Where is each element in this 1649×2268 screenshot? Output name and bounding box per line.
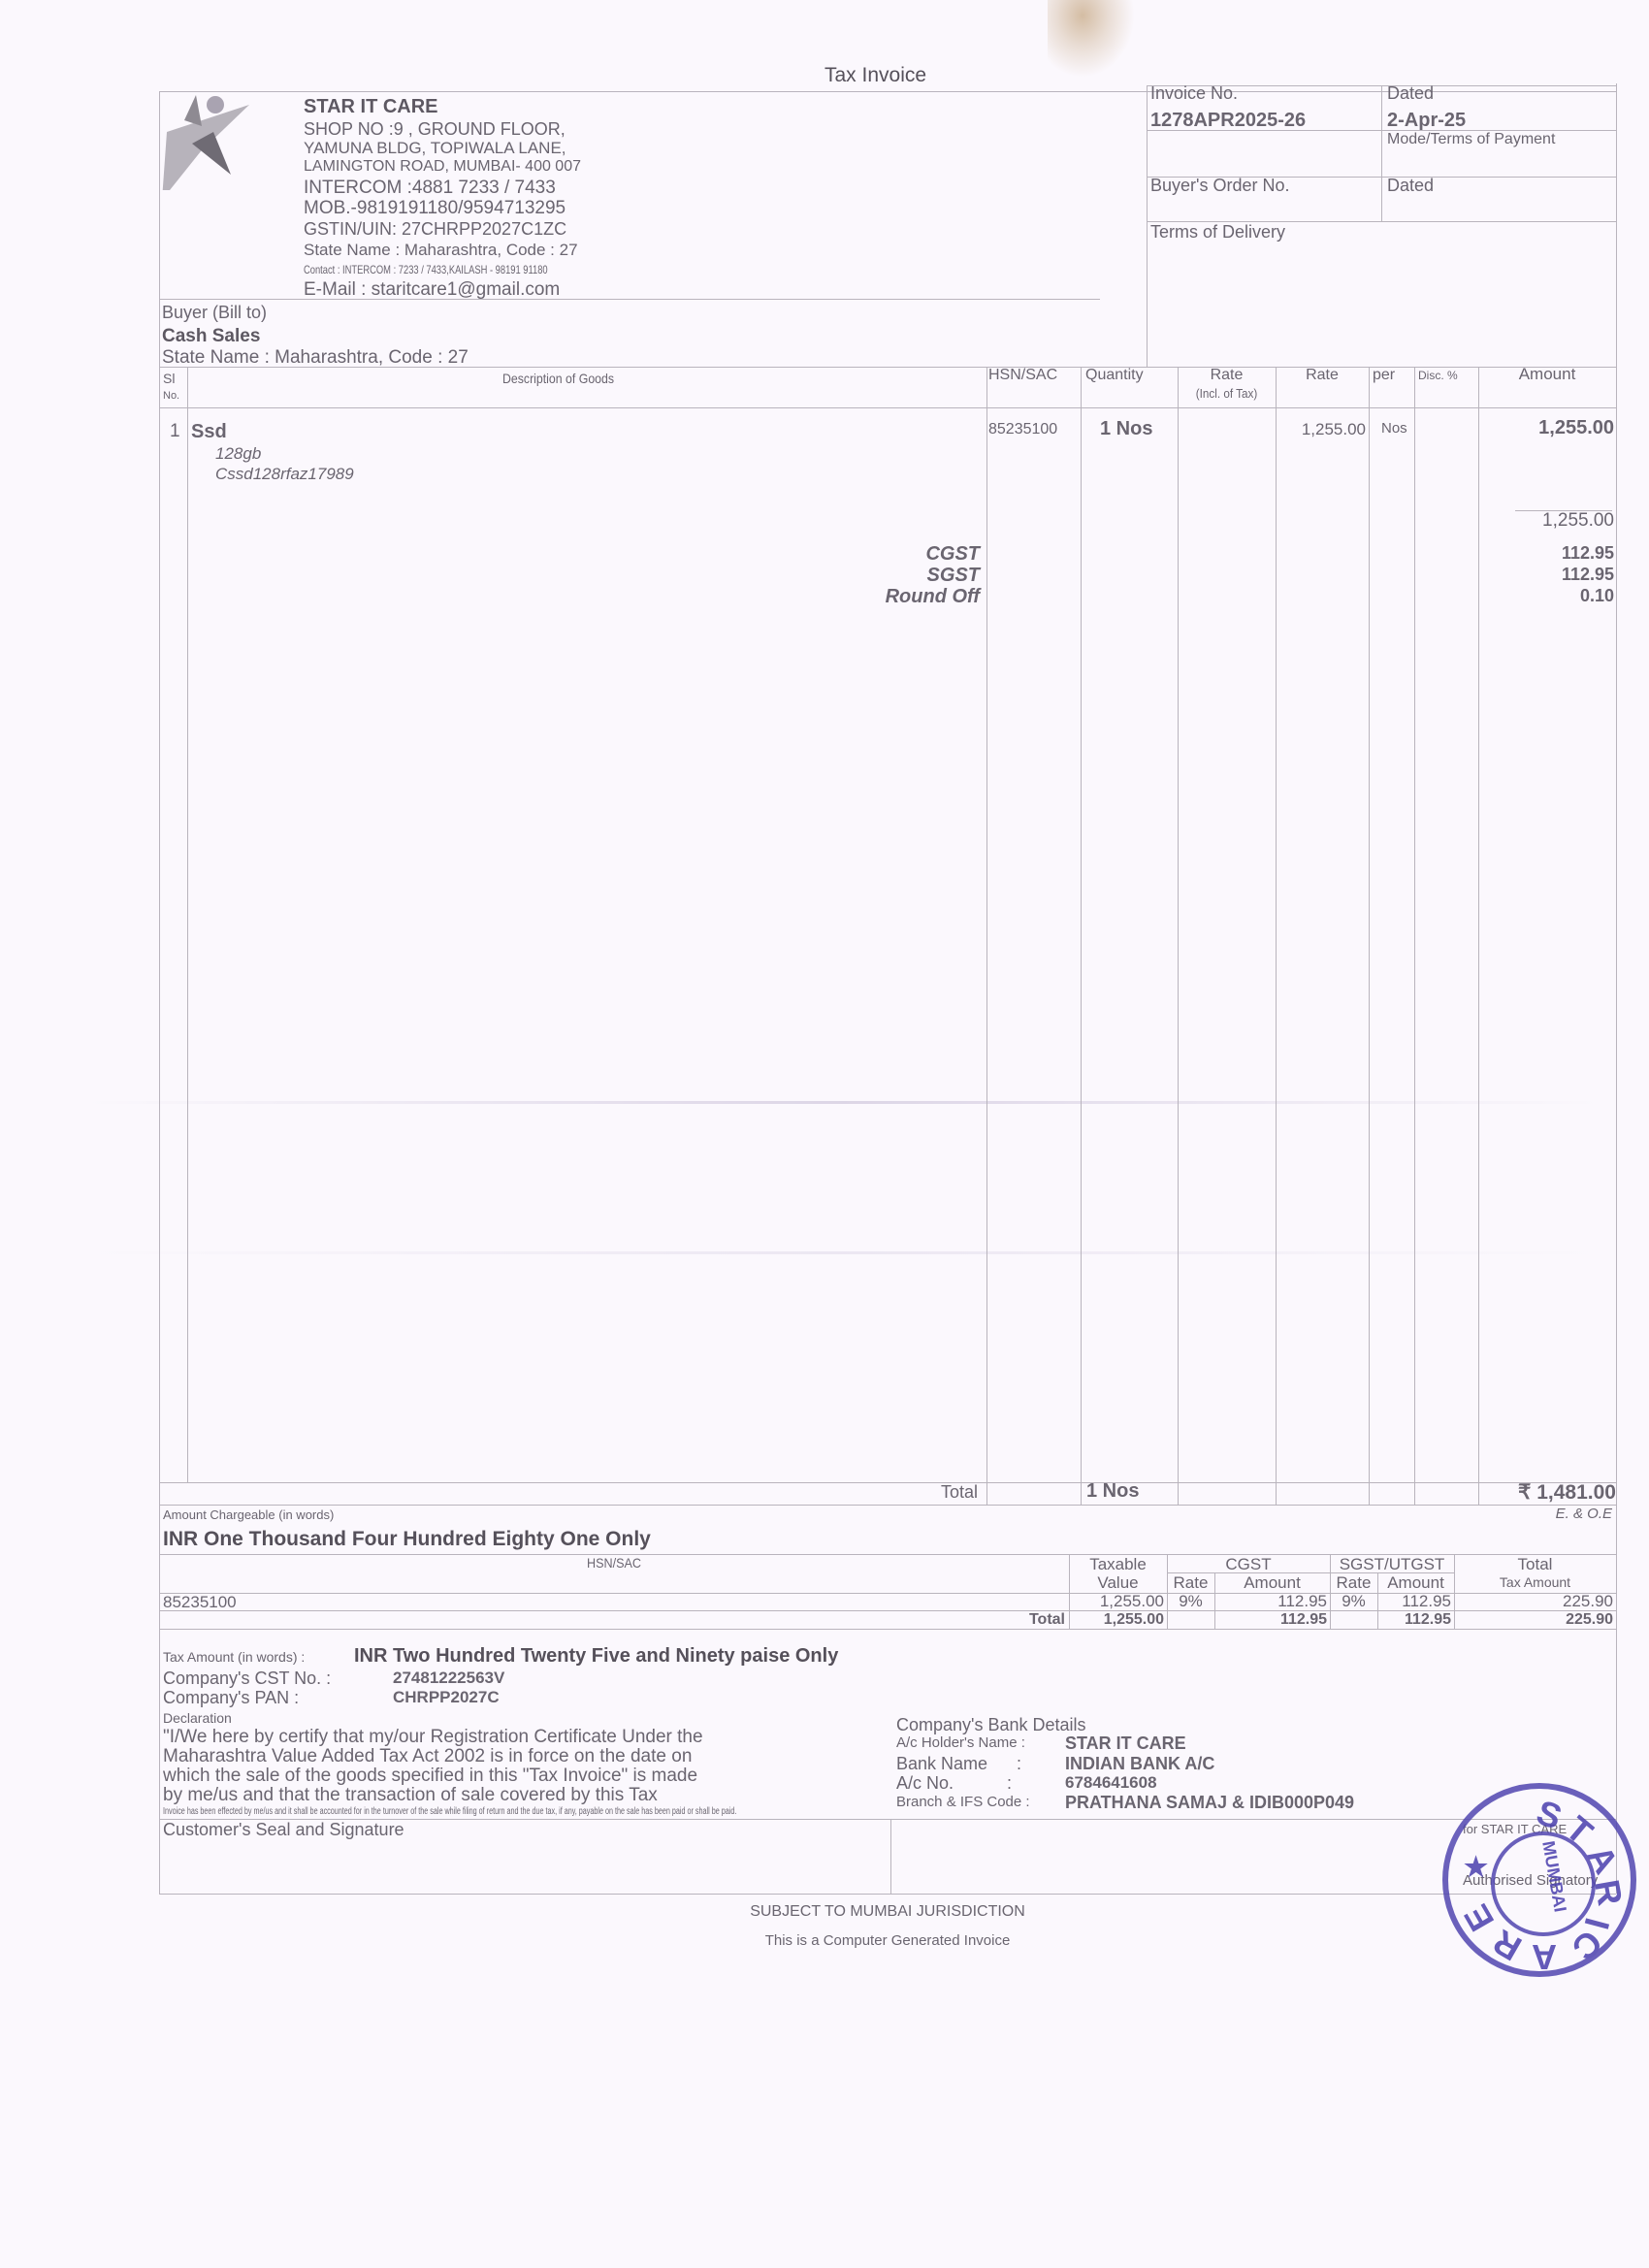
bank-branch-value: PRATHANA SAMAJ & IDIB000P049 xyxy=(1065,1793,1354,1813)
cst-label: Company's CST No. : xyxy=(163,1669,331,1689)
tax-row-taxable: 1,255.00 xyxy=(1069,1592,1164,1611)
paper-crease xyxy=(87,1101,1600,1104)
seller-address-2: YAMUNA BLDG, TOPIWALA LANE, xyxy=(304,139,566,158)
tax-row-sgst-amount: 112.95 xyxy=(1377,1592,1451,1611)
bank-acc-value: 6784641608 xyxy=(1065,1773,1157,1793)
computer-generated-note: This is a Computer Generated Invoice xyxy=(0,1932,1649,1949)
tax-total-total: 225.90 xyxy=(1454,1611,1613,1629)
dated-label: Dated xyxy=(1387,83,1434,104)
paper-stain xyxy=(1048,0,1135,78)
seller-intercom: INTERCOM :4881 7233 / 7433 xyxy=(304,178,556,199)
col-sl: Sl xyxy=(163,371,175,386)
col-per: per xyxy=(1373,367,1395,384)
tax-total-label: Total xyxy=(159,1611,1065,1629)
item-hsn: 85235100 xyxy=(988,421,1057,438)
tax-col-taxable-value: Value xyxy=(1069,1573,1167,1593)
eoe-label: E. & O.E xyxy=(1455,1506,1612,1522)
customer-seal-label: Customer's Seal and Signature xyxy=(163,1820,404,1840)
col-rate-incl: Rate xyxy=(1178,367,1276,384)
tax-row-sgst-rate: 9% xyxy=(1330,1592,1377,1611)
tax-words-label: Tax Amount (in words) : xyxy=(163,1649,305,1665)
round-off-label: Round Off xyxy=(776,586,980,608)
seller-address-3: LAMINGTON ROAD, MUMBAI- 400 007 xyxy=(304,158,581,176)
col-rate: Rate xyxy=(1276,367,1369,384)
buyer-order-label: Buyer's Order No. xyxy=(1150,176,1289,196)
tax-total-cgst: 112.95 xyxy=(1214,1611,1327,1629)
bank-name-label: Bank Name : xyxy=(896,1754,1021,1774)
seller-contact: Contact : INTERCOM : 7233 / 7433,KAILASH… xyxy=(304,263,548,276)
seller-state: State Name : Maharashtra, Code : 27 xyxy=(304,241,578,260)
dated-value: 2-Apr-25 xyxy=(1387,110,1466,132)
declaration-line: by me/us and that the transaction of sal… xyxy=(163,1785,658,1806)
col-hsn: HSN/SAC xyxy=(988,367,1057,384)
tax-col-sgst: SGST/UTGST xyxy=(1330,1555,1454,1574)
cgst-amount: 112.95 xyxy=(1478,543,1614,564)
document-title: Tax Invoice xyxy=(824,64,926,87)
tax-col-total-amount: Tax Amount xyxy=(1454,1574,1616,1590)
total-quantity: 1 Nos xyxy=(1086,1480,1139,1503)
payment-terms-label: Mode/Terms of Payment xyxy=(1387,131,1555,148)
bank-acc-label: A/c No. : xyxy=(896,1773,1012,1794)
subtotal-amount: 1,255.00 xyxy=(1478,510,1614,532)
paper-crease xyxy=(87,1251,1600,1254)
item-amount: 1,255.00 xyxy=(1478,417,1614,439)
item-rate: 1,255.00 xyxy=(1276,420,1366,439)
buyer-name: Cash Sales xyxy=(162,326,260,347)
amount-words-value: INR One Thousand Four Hundred Eighty One… xyxy=(163,1528,651,1551)
declaration-label: Declaration xyxy=(163,1710,232,1726)
item-per: Nos xyxy=(1381,420,1407,437)
seller-gstin: GSTIN/UIN: 27CHRPP2027C1ZC xyxy=(304,219,566,240)
seller-mobile: MOB.-9819191180/9594713295 xyxy=(304,198,566,219)
bank-branch-label: Branch & IFS Code : xyxy=(896,1794,1030,1810)
tax-row-hsn: 85235100 xyxy=(163,1593,237,1612)
pan-value: CHRPP2027C xyxy=(393,1688,500,1707)
item-sl: 1 xyxy=(170,421,180,442)
bank-holder-label: A/c Holder's Name : xyxy=(896,1734,1025,1751)
delivery-terms-label: Terms of Delivery xyxy=(1150,222,1285,243)
sgst-amount: 112.95 xyxy=(1478,565,1614,585)
cst-value: 27481222563V xyxy=(393,1669,504,1688)
tax-col-cgst-amount: Amount xyxy=(1214,1573,1330,1593)
declaration-small: Invoice has been effected by me/us and i… xyxy=(163,1806,736,1817)
tax-total-taxable: 1,255.00 xyxy=(1069,1611,1164,1629)
col-sl-no: No. xyxy=(163,390,179,402)
buyer-state: State Name : Maharashtra, Code : 27 xyxy=(162,347,469,369)
round-off-amount: 0.10 xyxy=(1478,586,1614,606)
bank-name-value: INDIAN BANK A/C xyxy=(1065,1754,1214,1774)
declaration-line: "I/We here by certify that my/our Regist… xyxy=(163,1727,703,1748)
col-rate-incl-note: (Incl. of Tax) xyxy=(1182,386,1271,401)
sgst-label: SGST xyxy=(776,565,980,587)
item-quantity: 1 Nos xyxy=(1100,418,1152,440)
col-amount: Amount xyxy=(1478,365,1616,384)
col-description: Description of Goods xyxy=(502,371,614,386)
invoice-no-label: Invoice No. xyxy=(1150,83,1238,104)
tax-col-total: Total xyxy=(1454,1555,1616,1574)
amount-words-label: Amount Chargeable (in words) xyxy=(163,1507,334,1522)
tax-col-sgst-amount: Amount xyxy=(1377,1573,1454,1593)
bank-holder-value: STAR IT CARE xyxy=(1065,1733,1186,1754)
declaration-line: Maharashtra Value Added Tax Act 2002 is … xyxy=(163,1746,692,1767)
declaration-line: which the sale of the goods specified in… xyxy=(163,1766,697,1787)
tax-col-sgst-rate: Rate xyxy=(1330,1573,1377,1593)
tax-col-cgst: CGST xyxy=(1167,1555,1330,1574)
item-desc-1: 128gb xyxy=(215,444,261,464)
seller-email: E-Mail : staritcare1@gmail.com xyxy=(304,279,560,301)
invoice-no-value: 1278APR2025-26 xyxy=(1150,110,1306,132)
tax-col-cgst-rate: Rate xyxy=(1167,1573,1214,1593)
buyer-label: Buyer (Bill to) xyxy=(162,303,267,323)
item-desc-2: Cssd128rfaz17989 xyxy=(215,465,354,484)
tax-row-cgst-amount: 112.95 xyxy=(1214,1592,1327,1611)
jurisdiction-note: SUBJECT TO MUMBAI JURISDICTION xyxy=(0,1903,1649,1921)
col-quantity: Quantity xyxy=(1085,367,1144,384)
tax-col-taxable: Taxable xyxy=(1069,1555,1167,1574)
col-disc: Disc. % xyxy=(1418,369,1458,382)
item-name: Ssd xyxy=(191,421,227,443)
star-person-logo-icon xyxy=(157,93,254,190)
total-amount: ₹ 1,481.00 xyxy=(1478,1480,1616,1505)
tax-words-value: INR Two Hundred Twenty Five and Ninety p… xyxy=(354,1645,838,1668)
tax-row-cgst-rate: 9% xyxy=(1167,1592,1214,1611)
total-label: Total xyxy=(776,1482,978,1503)
tax-row-total: 225.90 xyxy=(1454,1592,1613,1611)
seller-name: STAR IT CARE xyxy=(304,96,438,118)
buyer-order-dated-label: Dated xyxy=(1387,176,1434,196)
pan-label: Company's PAN : xyxy=(163,1688,299,1708)
bank-label: Company's Bank Details xyxy=(896,1715,1086,1735)
tax-total-sgst: 112.95 xyxy=(1377,1611,1451,1629)
cgst-label: CGST xyxy=(776,543,980,566)
tax-col-hsn: HSN/SAC xyxy=(205,1555,1023,1571)
seller-address-1: SHOP NO :9 , GROUND FLOOR, xyxy=(304,119,566,140)
